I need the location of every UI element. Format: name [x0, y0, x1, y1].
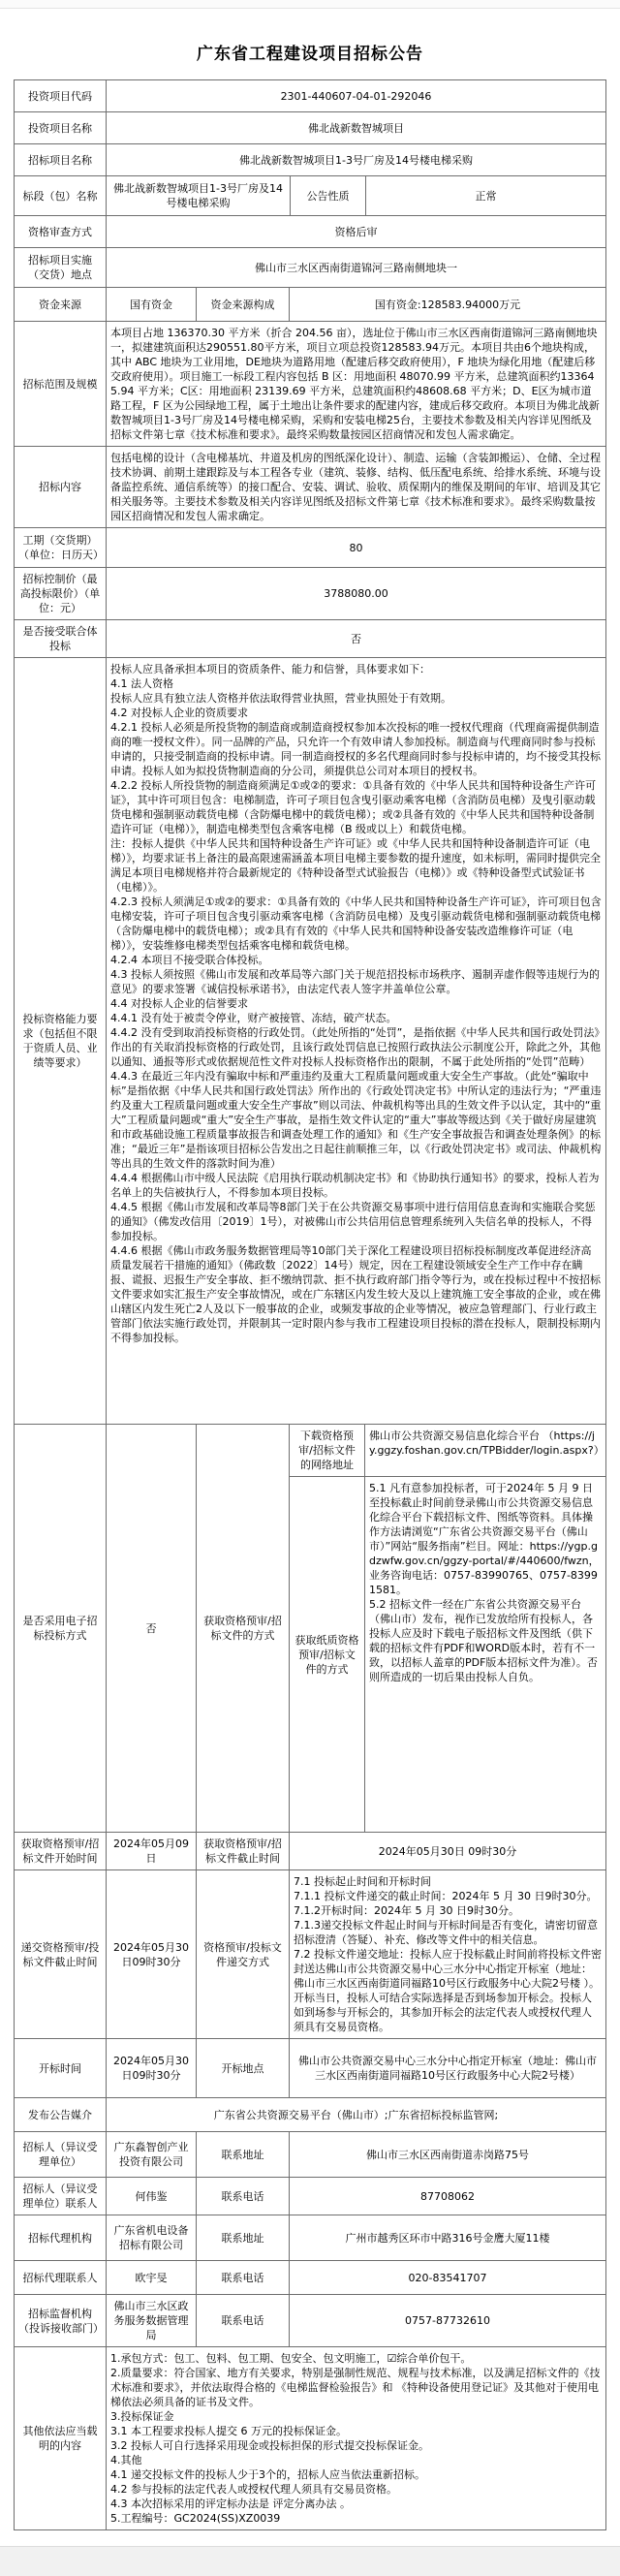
- electronic-bidding-value: 否: [107, 1425, 197, 1832]
- row-opening: 开标时间 2024年05月30日09时30分 开标地点 佛山市公共资源交易中心三…: [15, 2039, 605, 2098]
- supervisor-phone-label: 联系电话: [197, 2295, 290, 2346]
- funding-label: 资金来源: [15, 288, 107, 321]
- agency-label: 招标代理机构: [15, 2215, 107, 2260]
- row-scope: 招标范围及规模 本项目占地 136370.30 平方米（折合 204.56 亩）…: [15, 322, 605, 447]
- submit-deadline-value: 2024年05月30日09时30分: [107, 1870, 197, 2038]
- row-submit: 递交资格预审/投标文件截止时间 2024年05月30日09时30分 资格预审/投…: [15, 1870, 605, 2039]
- submit-method-label: 资格预审/投标文件递交方式: [197, 1870, 290, 2038]
- tenderer-address-value: 佛山市三水区西南街道赤岗路75号: [290, 2132, 605, 2177]
- obtain-method-detail: 下载资格预审/招标文件的网络地址 佛山市公共资源交易信息化综合平台 （https…: [290, 1425, 605, 1832]
- location-value: 佛山市三水区西南街道锦河三路南侧地块一: [107, 248, 605, 287]
- project-name-label: 投资项目名称: [15, 112, 107, 143]
- row-consortium: 是否接受联合体投标 否: [15, 620, 605, 658]
- tender-announcement-table: 投资项目代码 2301-440607-04-01-292046 投资项目名称 佛…: [14, 79, 606, 2530]
- row-duration: 工期（交货期）（单位：日历天） 80: [15, 528, 605, 568]
- project-code-label: 投资项目代码: [15, 80, 107, 111]
- paper-document-value: 5.1 凡有意参加投标者，可于2024年 5 月 9 日至投标截止时间前登录佛山…: [365, 1477, 605, 1832]
- other-label: 其他依法应当载明的内容: [15, 2347, 107, 2529]
- opening-place-value: 佛山市公共资源交易中心三水分中心指定开标室（地址：佛山市三水区西南街道同福路10…: [290, 2039, 605, 2097]
- page-title: 广东省工程建设项目招标公告: [14, 40, 606, 64]
- paper-document-subrow: 获取纸质资格预审/招标文件的方式 5.1 凡有意参加投标者，可于2024年 5 …: [290, 1477, 605, 1832]
- ceiling-price-value: 3788080.00: [107, 568, 605, 619]
- funding-value: 国有资金: [107, 288, 197, 321]
- row-obtain-time: 获取资格预审/招标文件开始时间 2024年05月09日 获取资格预审/招标文件截…: [15, 1833, 605, 1870]
- paper-document-label: 获取纸质资格预审/招标文件的方式: [290, 1477, 365, 1832]
- agency-value: 广东省机电设备招标有限公司: [107, 2215, 197, 2260]
- row-tender-name: 招标项目名称 佛北战新数智城项目1-3号厂房及14号楼电梯采购: [15, 144, 605, 176]
- consortium-value: 否: [107, 620, 605, 657]
- media-value: 广东省公共资源交易平台（佛山市）;广东省招标投标监管网;: [107, 2098, 605, 2131]
- other-value: 1.承包方式：包工、包料、包工期、包安全、包文明施工，☑综合单价包干。 2.质量…: [107, 2347, 605, 2529]
- tenderer-phone-label: 联系电话: [197, 2178, 290, 2215]
- supervisor-label: 招标监督机构（投诉接收部门）: [15, 2295, 107, 2346]
- agency-contact-value: 欧宇旻: [107, 2261, 197, 2294]
- obtain-deadline-value: 2024年05月30日 09时30分: [290, 1833, 605, 1869]
- download-address-subrow: 下载资格预审/招标文件的网络地址 佛山市公共资源交易信息化综合平台 （https…: [290, 1425, 605, 1477]
- row-location: 招标项目实施（交货）地点 佛山市三水区西南街道锦河三路南侧地块一: [15, 248, 605, 288]
- project-name-value: 佛北战新数智城项目: [107, 112, 605, 143]
- tenderer-label: 招标人（异议受理单位）: [15, 2132, 107, 2177]
- agency-phone-value: 020-83541707: [290, 2261, 605, 2294]
- content-value: 包括电梯的设计（含电梯基坑、井道及机房的图纸深化设计）、制造、运输（含装卸搬运）…: [107, 447, 605, 527]
- page-footer: [0, 2546, 620, 2576]
- download-address-label: 下载资格预审/招标文件的网络地址: [290, 1425, 365, 1476]
- scope-label: 招标范围及规模: [15, 322, 107, 446]
- media-label: 发布公告媒介: [15, 2098, 107, 2131]
- row-content: 招标内容 包括电梯的设计（含电梯基坑、井道及机房的图纸深化设计）、制造、运输（含…: [15, 447, 605, 528]
- agency-phone-label: 联系电话: [197, 2261, 290, 2294]
- announcement-page: 广东省工程建设项目招标公告 投资项目代码 2301-440607-04-01-2…: [0, 9, 620, 2530]
- row-supervisor: 招标监督机构（投诉接收部门） 佛山市三水区政务服务数据管理局 联系电话 0757…: [15, 2295, 605, 2347]
- row-funding: 资金来源 国有资金 资金来源构成 国有资金:128583.94000万元: [15, 288, 605, 322]
- agency-address-value: 广州市越秀区环市中路316号金鹰大厦11楼: [290, 2215, 605, 2260]
- notice-nature-label: 公告性质: [291, 176, 366, 215]
- obtain-method-label: 获取资格预审/招标文件的方式: [197, 1425, 290, 1832]
- electronic-bidding-label: 是否采用电子招标投标方式: [15, 1425, 107, 1832]
- qualification-label: 投标资格能力要求（包括但不限于资质人员、业绩等要求）: [15, 658, 107, 1424]
- row-qual-review: 资格审查方式 资格后审: [15, 216, 605, 248]
- row-section: 标段（包）名称 佛北战新数智城项目1-3号厂房及14号楼电梯采购 公告性质 正常: [15, 176, 605, 216]
- qual-review-value: 资格后审: [107, 216, 605, 247]
- funding-composition-value: 国有资金:128583.94000万元: [290, 288, 605, 321]
- notice-nature-value: 正常: [366, 176, 605, 215]
- row-media: 发布公告媒介 广东省公共资源交易平台（佛山市）;广东省招标投标监管网;: [15, 2098, 605, 2132]
- tender-name-value: 佛北战新数智城项目1-3号厂房及14号楼电梯采购: [107, 144, 605, 175]
- row-ceiling-price: 招标控制价（最高投标限价）（单位：元） 3788080.00: [15, 568, 605, 620]
- obtain-start-value: 2024年05月09日: [107, 1833, 197, 1869]
- location-label: 招标项目实施（交货）地点: [15, 248, 107, 287]
- opening-place-label: 开标地点: [197, 2039, 290, 2097]
- opening-time-value: 2024年05月30日09时30分: [107, 2039, 197, 2097]
- page-top-border: [0, 0, 620, 9]
- row-agency: 招标代理机构 广东省机电设备招标有限公司 联系地址 广州市越秀区环市中路316号…: [15, 2215, 605, 2261]
- section-label: 标段（包）名称: [15, 176, 107, 215]
- row-electronic-bidding: 是否采用电子招标投标方式 否 获取资格预审/招标文件的方式 下载资格预审/招标文…: [15, 1425, 605, 1833]
- supervisor-phone-value: 0757-87732610: [290, 2295, 605, 2346]
- section-value: 佛北战新数智城项目1-3号厂房及14号楼电梯采购: [107, 176, 291, 215]
- submit-method-value: 7.1 投标起止时间和开标时间 7.1.1 投标文件递交的截止时间：2024年 …: [290, 1870, 605, 2038]
- row-project-code: 投资项目代码 2301-440607-04-01-292046: [15, 80, 605, 112]
- row-other: 其他依法应当载明的内容 1.承包方式：包工、包料、包工期、包安全、包文明施工，☑…: [15, 2347, 605, 2529]
- row-agency-contact: 招标代理联系人 欧宇旻 联系电话 020-83541707: [15, 2261, 605, 2295]
- obtain-start-label: 获取资格预审/招标文件开始时间: [15, 1833, 107, 1869]
- row-tenderer-contact: 招标人（异议受理单位）联系人 何伟鉴 联系电话 87708062: [15, 2178, 605, 2215]
- ceiling-price-label: 招标控制价（最高投标限价）（单位：元）: [15, 568, 107, 619]
- tenderer-contact-label: 招标人（异议受理单位）联系人: [15, 2178, 107, 2215]
- tenderer-contact-value: 何伟鉴: [107, 2178, 197, 2215]
- consortium-label: 是否接受联合体投标: [15, 620, 107, 657]
- submit-deadline-label: 递交资格预审/投标文件截止时间: [15, 1870, 107, 2038]
- opening-time-label: 开标时间: [15, 2039, 107, 2097]
- supervisor-value: 佛山市三水区政务服务数据管理局: [107, 2295, 197, 2346]
- tender-name-label: 招标项目名称: [15, 144, 107, 175]
- content-label: 招标内容: [15, 447, 107, 527]
- qual-review-label: 资格审查方式: [15, 216, 107, 247]
- row-qualification: 投标资格能力要求（包括但不限于资质人员、业绩等要求） 投标人应具备承担本项目的资…: [15, 658, 605, 1425]
- duration-label: 工期（交货期）（单位：日历天）: [15, 528, 107, 567]
- obtain-deadline-label: 获取资格预审/招标文件截止时间: [197, 1833, 290, 1869]
- qualification-value: 投标人应具备承担本项目的资质条件、能力和信誉，具体要求如下： 4.1 法人资格 …: [107, 658, 605, 1424]
- duration-value: 80: [107, 528, 605, 567]
- scope-value: 本项目占地 136370.30 平方米（折合 204.56 亩），选址位于佛山市…: [107, 322, 605, 446]
- download-address-value: 佛山市公共资源交易信息化综合平台 （https://jy.ggzy.foshan…: [365, 1425, 605, 1476]
- funding-composition-label: 资金来源构成: [197, 288, 290, 321]
- tenderer-phone-value: 87708062: [290, 2178, 605, 2215]
- project-code-value: 2301-440607-04-01-292046: [107, 80, 605, 111]
- agency-address-label: 联系地址: [197, 2215, 290, 2260]
- row-project-name: 投资项目名称 佛北战新数智城项目: [15, 112, 605, 144]
- tenderer-value: 广东淼智创产业投资有限公司: [107, 2132, 197, 2177]
- tenderer-address-label: 联系地址: [197, 2132, 290, 2177]
- row-tenderer: 招标人（异议受理单位） 广东淼智创产业投资有限公司 联系地址 佛山市三水区西南街…: [15, 2132, 605, 2178]
- agency-contact-label: 招标代理联系人: [15, 2261, 107, 2294]
